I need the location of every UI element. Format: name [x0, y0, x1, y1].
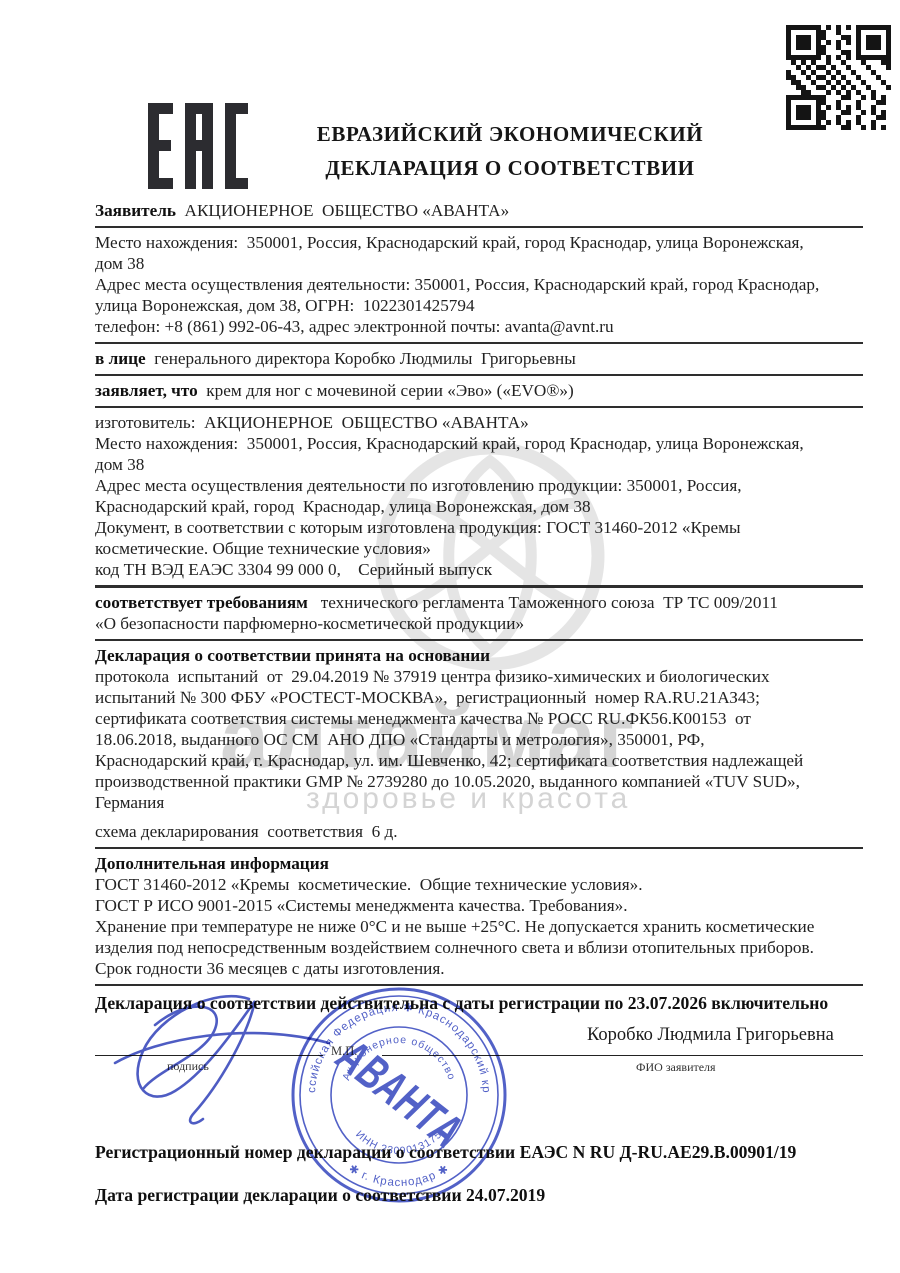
- qr-module: [886, 125, 891, 130]
- doc-line: «О безопасности парфюмерно-косметической…: [95, 613, 863, 634]
- signature-block: подпись М.П. Коробко Людмила Григорьевна…: [95, 1019, 863, 1125]
- doc-line: Краснодарский край, г. Краснодар, ул. им…: [95, 750, 863, 771]
- doc-line: ГОСТ 31460-2012 «Кремы косметические. Об…: [95, 874, 863, 895]
- doc-line: Адрес места осуществления деятельности п…: [95, 475, 863, 496]
- doc-line: испытаний № 300 ФБУ «РОСТЕСТ-МОСКВА», ре…: [95, 687, 863, 708]
- declares-line: заявляет, что крем для ног с мочевиной с…: [95, 380, 863, 401]
- basis-section: Декларация о соответствии принята на осн…: [95, 641, 863, 849]
- title-line-2: ДЕКЛАРАЦИЯ О СООТВЕТСТВИИ: [250, 152, 770, 186]
- doc-line: изготовитель: АКЦИОНЕРНОЕ ОБЩЕСТВО «АВАН…: [95, 412, 863, 433]
- declares-label: заявляет, что: [95, 381, 198, 400]
- doc-line: Краснодарский край, город Краснодар, ули…: [95, 496, 863, 517]
- applicant-line: Заявитель АКЦИОНЕРНОЕ ОБЩЕСТВО «АВАНТА»: [95, 200, 863, 221]
- in-person-line: в лице генерального директора Коробко Лю…: [95, 348, 863, 369]
- compliance-value: технического регламента Таможенного союз…: [308, 593, 778, 612]
- eac-mark-icon: [148, 103, 248, 194]
- doc-line: ГОСТ Р ИСО 9001-2015 «Системы менеджмент…: [95, 895, 863, 916]
- doc-line: Срок годности 36 месяцев с даты изготовл…: [95, 958, 863, 979]
- doc-line: изделия под непосредственным воздействие…: [95, 937, 863, 958]
- document-body: Заявитель АКЦИОНЕРНОЕ ОБЩЕСТВО «АВАНТА» …: [95, 196, 863, 1206]
- applicant-label: Заявитель: [95, 201, 176, 220]
- basis-heading: Декларация о соответствии принята на осн…: [95, 645, 863, 666]
- applicant-section: Заявитель АКЦИОНЕРНОЕ ОБЩЕСТВО «АВАНТА»: [95, 196, 863, 228]
- additional-info-section: Дополнительная информация ГОСТ 31460-201…: [95, 849, 863, 986]
- doc-line: Хранение при температуре не ниже 0°С и н…: [95, 916, 863, 937]
- in-person-label: в лице: [95, 349, 146, 368]
- doc-line: сертификата соответствия системы менеджм…: [95, 708, 863, 729]
- doc-line: улица Воронежская, дом 38, ОГРН: 1022301…: [95, 295, 863, 316]
- registration-date-line: Дата регистрации декларации о соответств…: [95, 1184, 863, 1206]
- stamp-center-text: АВАНТА: [327, 1028, 473, 1159]
- fio-caption: ФИО заявителя: [636, 1060, 716, 1075]
- title-line-1: ЕВРАЗИЙСКИЙ ЭКОНОМИЧЕСКИЙ: [250, 118, 770, 152]
- doc-line: 18.06.2018, выданного ОС СМ АНО ДПО «Ста…: [95, 729, 863, 750]
- declaration-document: алтаймаг здоровье и красота ЕВРАЗИЙСКИЙ …: [0, 0, 900, 1273]
- doc-line: протокола испытаний от 29.04.2019 № 3791…: [95, 666, 863, 687]
- doc-line: Место нахождения: 350001, Россия, Красно…: [95, 232, 863, 253]
- doc-line: Документ, в соответствии с которым изгот…: [95, 517, 863, 538]
- compliance-label: соответствует требованиям: [95, 593, 308, 612]
- doc-line: Место нахождения: 350001, Россия, Красно…: [95, 433, 863, 454]
- doc-line: дом 38: [95, 454, 863, 475]
- document-header: ЕВРАЗИЙСКИЙ ЭКОНОМИЧЕСКИЙ ДЕКЛАРАЦИЯ О С…: [0, 0, 900, 196]
- applicant-fio: Коробко Людмила Григорьевна: [587, 1025, 834, 1046]
- doc-line: код ТН ВЭД ЕАЭС 3304 99 000 0, Серийный …: [95, 559, 863, 580]
- qr-code: [786, 25, 891, 130]
- in-person-value: генерального директора Коробко Людмилы Г…: [146, 349, 576, 368]
- applicant-value: АКЦИОНЕРНОЕ ОБЩЕСТВО «АВАНТА»: [176, 201, 509, 220]
- compliance-line: соответствует требованиям технического р…: [95, 592, 863, 613]
- in-person-section: в лице генерального директора Коробко Лю…: [95, 344, 863, 376]
- doc-line: дом 38: [95, 253, 863, 274]
- doc-line: производственной практики GMP № 2739280 …: [95, 771, 863, 792]
- doc-line: косметические. Общие технические условия…: [95, 538, 863, 559]
- manufacturer-section: изготовитель: АКЦИОНЕРНОЕ ОБЩЕСТВО «АВАН…: [95, 408, 863, 588]
- doc-line: Германия: [95, 792, 863, 813]
- declares-section: заявляет, что крем для ног с мочевиной с…: [95, 376, 863, 408]
- doc-line: Адрес места осуществления деятельности: …: [95, 274, 863, 295]
- additional-heading: Дополнительная информация: [95, 853, 863, 874]
- declares-value: крем для ног с мочевиной серии «Эво» («E…: [198, 381, 574, 400]
- doc-line: телефон: +8 (861) 992-06-43, адрес элект…: [95, 316, 863, 337]
- registration-number-line: Регистрационный номер декларации о соотв…: [95, 1141, 863, 1163]
- company-stamp: Российская Федерация ✱ Краснодарский кра…: [287, 983, 511, 1207]
- basis-scheme: схема декларирования соответствия 6 д.: [95, 821, 863, 842]
- compliance-section: соответствует требованиям технического р…: [95, 588, 863, 641]
- document-title: ЕВРАЗИЙСКИЙ ЭКОНОМИЧЕСКИЙ ДЕКЛАРАЦИЯ О С…: [250, 118, 770, 185]
- applicant-details-section: Место нахождения: 350001, Россия, Красно…: [95, 228, 863, 344]
